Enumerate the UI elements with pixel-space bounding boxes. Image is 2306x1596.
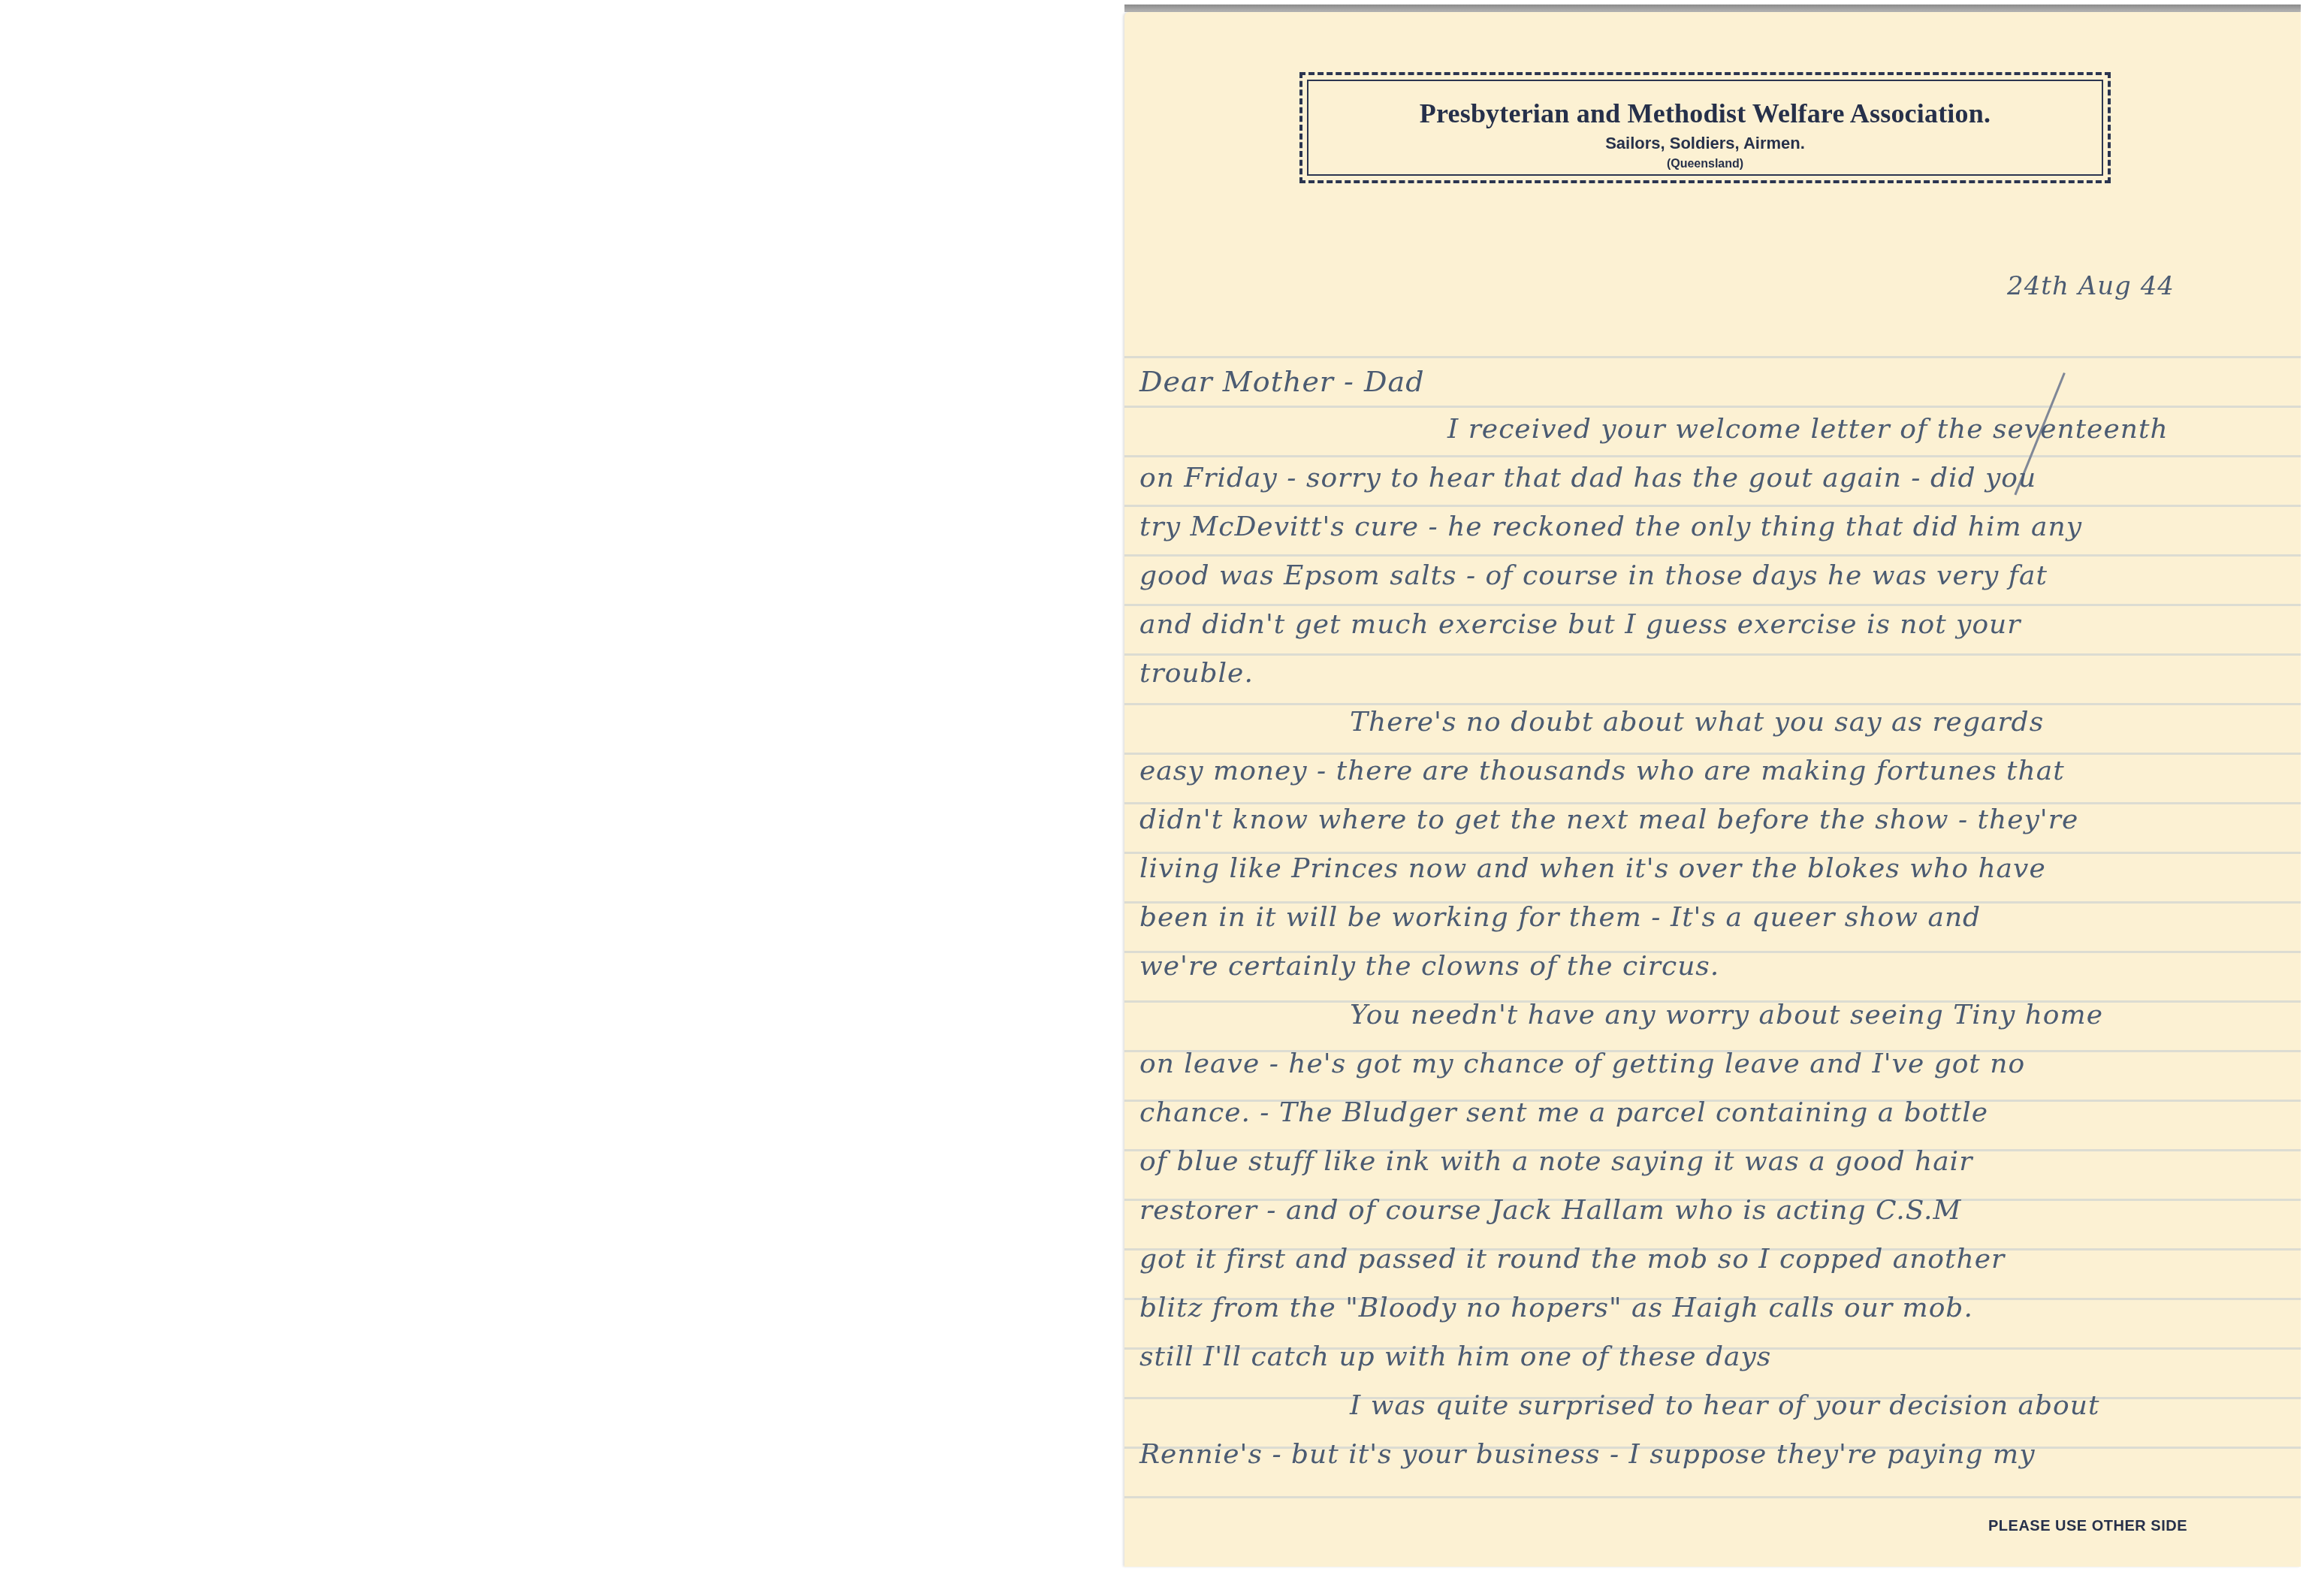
letter-line: good was Epsom salts - of course in thos… [1139, 560, 2048, 591]
letter-page: Presbyterian and Methodist Welfare Assoc… [1124, 12, 2301, 1567]
letter-line: of blue stuff like ink with a note sayin… [1139, 1146, 1972, 1177]
letter-line: easy money - there are thousands who are… [1139, 756, 2065, 786]
letter-line: we're certainly the clowns of the circus… [1139, 951, 1719, 982]
letter-line: chance. - The Bludger sent me a parcel c… [1139, 1097, 1988, 1128]
letter-line: restorer - and of course Jack Hallam who… [1139, 1195, 1961, 1226]
scanner-edge-bar [1124, 5, 2301, 12]
letter-line: You needn't have any worry about seeing … [1350, 1000, 2103, 1030]
letterhead-title: Presbyterian and Methodist Welfare Assoc… [1302, 98, 2108, 129]
letter-line: didn't know where to get the next meal b… [1139, 804, 2078, 835]
letter-line: try McDevitt's cure - he reckoned the on… [1139, 511, 2082, 542]
letterhead-region: (Queensland) [1302, 158, 2108, 171]
letter-line: on Friday - sorry to hear that dad has t… [1139, 463, 2036, 493]
letterhead: Presbyterian and Methodist Welfare Assoc… [1299, 72, 2111, 183]
letter-line: trouble. [1139, 658, 1254, 689]
letterhead-subtitle: Sailors, Soldiers, Airmen. [1302, 134, 2108, 153]
letter-line: I received your welcome letter of the se… [1447, 414, 2169, 445]
please-use-other-side-note: PLEASE USE OTHER SIDE [1988, 1518, 2187, 1535]
letter-line: I was quite surprised to hear of your de… [1350, 1390, 2099, 1421]
letter-line: and didn't get much exercise but I guess… [1139, 609, 2021, 640]
letter-line: still I'll catch up with him one of thes… [1139, 1341, 1771, 1372]
letter-line: living like Princes now and when it's ov… [1139, 853, 2046, 884]
letter-line: got it first and passed it round the mob… [1139, 1244, 2005, 1275]
letter-line: Rennie's - but it's your business - I su… [1139, 1439, 2035, 1470]
letter-line: on leave - he's got my chance of getting… [1139, 1048, 2025, 1079]
salutation: Dear Mother - Dad [1139, 365, 1424, 398]
letter-date: 24th Aug 44 [2007, 271, 2175, 301]
letter-line: blitz from the "Bloody no hopers" as Hai… [1139, 1293, 1973, 1323]
letter-line: been in it will be working for them - It… [1139, 902, 1981, 933]
letter-line: There's no doubt about what you say as r… [1350, 707, 2044, 738]
